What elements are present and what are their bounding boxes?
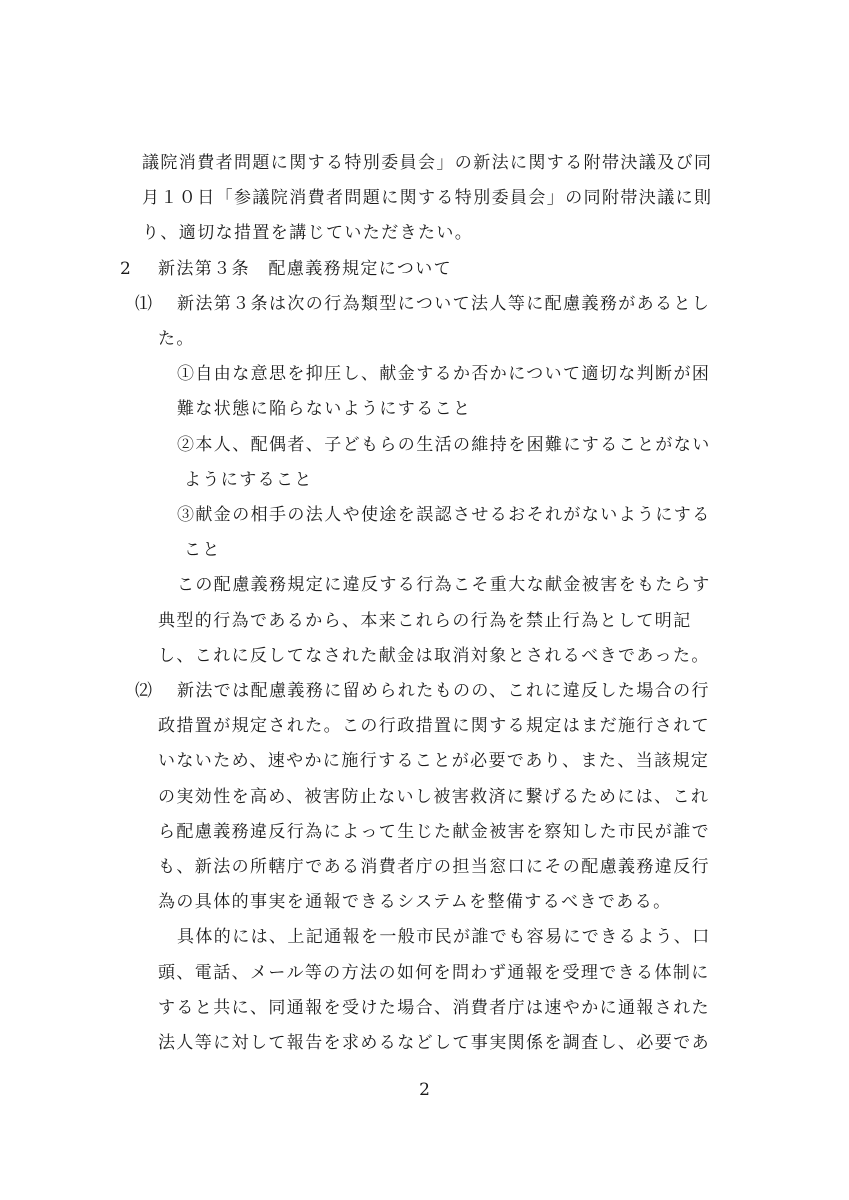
- section1-line: 議院消費者問題に関する特別委員会」の新法に関する附帯決議及び同: [142, 153, 712, 173]
- item2-line: 新法では配慮義務に留められたものの、これに違反した場合の行: [177, 681, 710, 701]
- item2-paragraph2-line: すると共に、同通報を受けた場合、消費者庁は速やかに通報された: [158, 998, 710, 1018]
- item2-line: の実効性を高め、被害防止ないし被害救済に繋げるためには、これ: [158, 787, 709, 807]
- item2-line: 政措置が規定された。この行政措置に関する規定はまだ施行されて: [158, 716, 710, 736]
- item2-paragraph2-line: 具体的には、上記通報を一般市民が誰でも容易にできるよう、口: [177, 927, 711, 947]
- enumeration-line: 難な状態に陥らないようにすること: [177, 399, 471, 419]
- enumeration-line: ③献金の相手の法人や使途を誤認させるおそれがないようにする: [177, 505, 711, 525]
- item2-line: ら配慮義務違反行為によって生じた献金被害を察知した市民が誰で: [158, 822, 710, 842]
- item-marker: ⑴: [135, 294, 153, 314]
- item2-paragraph2-line: 頭、電話、メール等の方法の如何を問わず通報を受理できる体制に: [158, 963, 710, 983]
- conclusion-line: 典型的行為であるから、本来これらの行為を禁止行為として明記: [158, 611, 692, 631]
- enumeration-line: ①自由な意思を抑圧し、献金するか否かについて適切な判断が困: [177, 364, 710, 384]
- page-number: 2: [0, 1080, 849, 1100]
- enumeration-line: こと: [184, 540, 221, 560]
- item2-line: いないため、速やかに施行することが必要であり、また、当該規定: [158, 751, 709, 771]
- enumeration-line: ようにすること: [184, 470, 313, 490]
- section1-line: 月１０日「参議院消費者問題に関する特別委員会」の同附帯決議に則: [142, 188, 712, 208]
- enumeration-line: ②本人、配偶者、子どもらの生活の維持を困難にすることがない: [177, 435, 711, 455]
- section1-line: り、適切な措置を講じていただきたい。: [142, 223, 473, 243]
- item2-line: 為の具体的事実を通報できるシステムを整備するべきである。: [158, 892, 672, 912]
- conclusion-line: この配慮義務規定に違反する行為こそ重大な献金被害をもたらす: [177, 575, 711, 595]
- item2-paragraph2-line: 法人等に対して報告を求めるなどして事実関係を調査し、必要であ: [158, 1033, 710, 1053]
- item-marker: ⑵: [135, 681, 153, 701]
- section-title: 新法第３条 配慮義務規定について: [158, 259, 452, 279]
- document-page: 議院消費者問題に関する特別委員会」の新法に関する附帯決議及び同 月１０日「参議院…: [0, 0, 849, 1200]
- section-number: 2: [120, 259, 131, 279]
- conclusion-line: し、これに反してなされた献金は取消対象とされるべきであった。: [158, 646, 710, 666]
- item2-line: も、新法の所轄庁である消費者庁の担当窓口にその配慮義務違反行: [158, 857, 710, 877]
- item1-line: 新法第３条は次の行為類型について法人等に配慮義務があるとし: [177, 294, 710, 314]
- item1-line: た。: [158, 329, 195, 349]
